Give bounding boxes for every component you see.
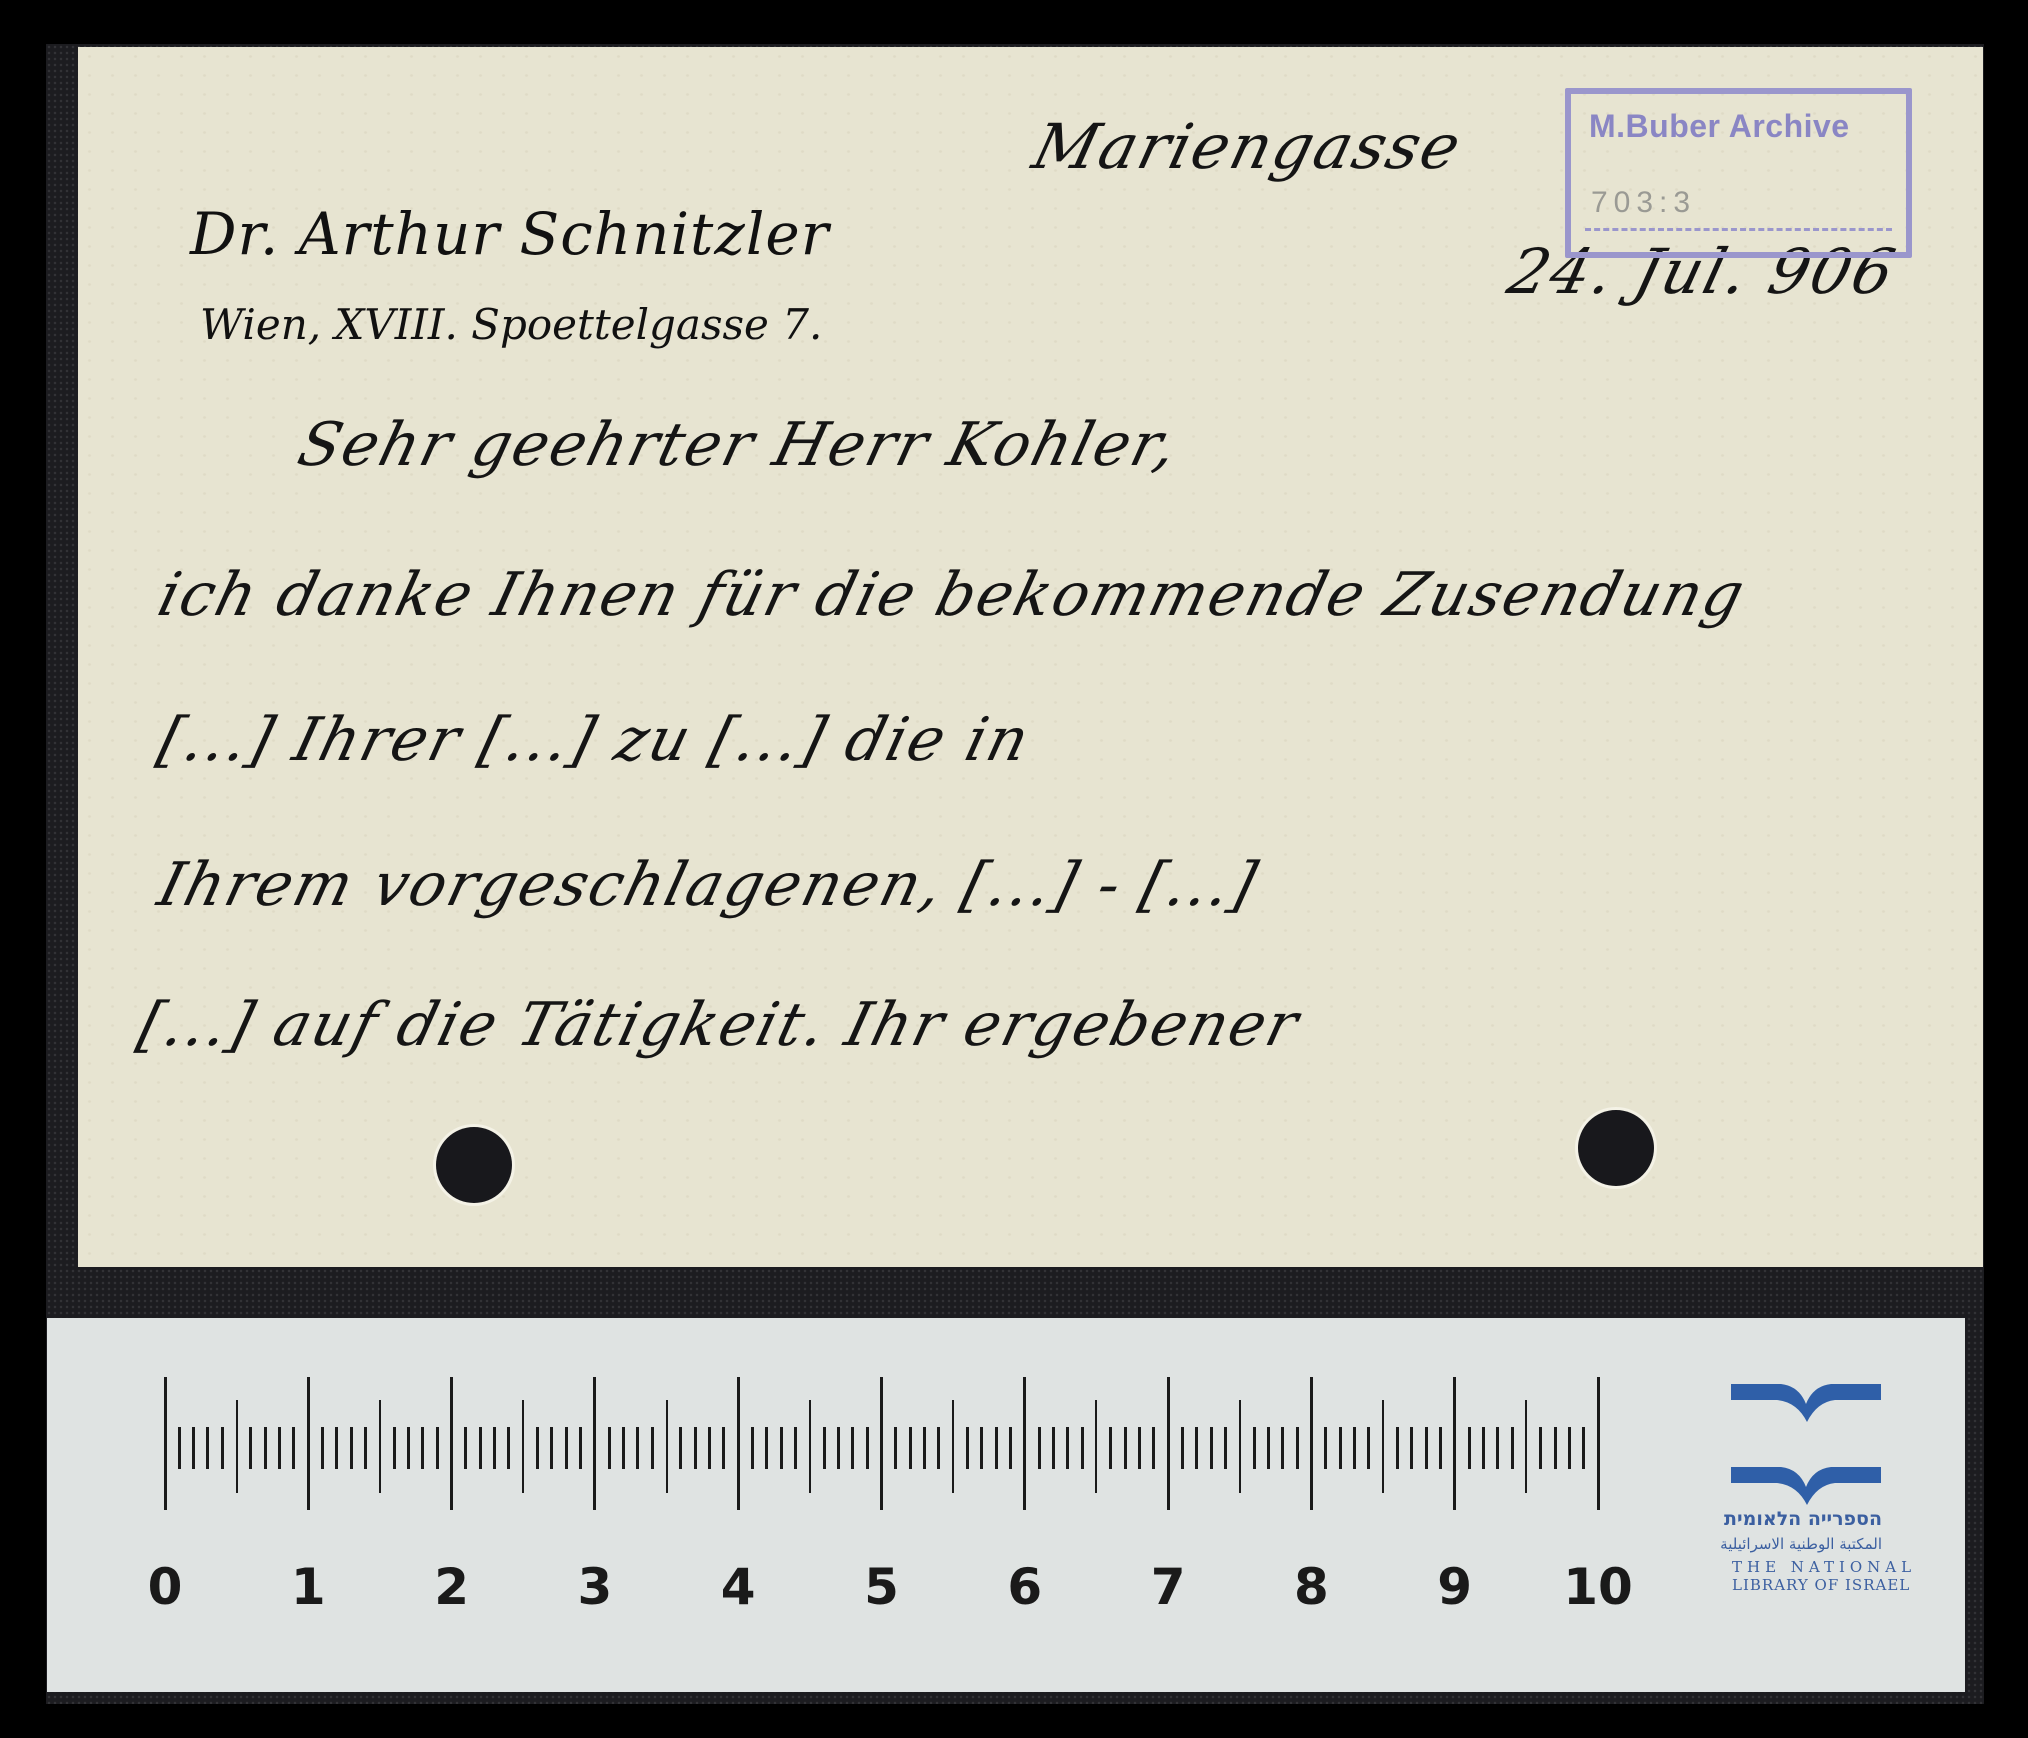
ruler-tick — [1511, 1427, 1514, 1469]
ruler-tick — [694, 1427, 697, 1469]
ruler-label: 3 — [555, 1558, 635, 1616]
logo-hebrew-text: הספרייה הלאומית — [1732, 1508, 1882, 1530]
ruler-label: 9 — [1415, 1558, 1495, 1616]
ruler-tick — [666, 1400, 668, 1493]
ruler-tick — [608, 1427, 611, 1469]
ruler-tick — [966, 1427, 969, 1469]
ruler-tick — [1482, 1427, 1485, 1469]
ruler-tick — [1367, 1427, 1370, 1469]
ruler-tick — [221, 1427, 224, 1469]
handwritten-line: ich danke Ihnen für die bekommende Zusen… — [151, 560, 1752, 630]
ruler-tick — [407, 1427, 410, 1469]
library-logo-upper-mark-icon — [1731, 1382, 1881, 1422]
ruler-tick — [1339, 1427, 1342, 1469]
ruler-tick — [1597, 1377, 1600, 1510]
ruler-tick — [1253, 1427, 1256, 1469]
ruler-tick — [1439, 1427, 1442, 1469]
ruler-label: 0 — [125, 1558, 205, 1616]
ruler-tick — [479, 1427, 482, 1469]
ruler-tick — [379, 1400, 381, 1493]
handwritten-line: [...] Ihrer [...] zu [...] die in — [151, 705, 1037, 775]
ruler-tick — [636, 1427, 639, 1469]
ruler-tick — [1195, 1427, 1198, 1469]
ruler-tick — [794, 1427, 797, 1469]
ruler-tick — [1468, 1427, 1471, 1469]
ruler-tick — [249, 1427, 252, 1469]
ruler-tick — [421, 1427, 424, 1469]
ruler-tick — [837, 1427, 840, 1469]
ruler-tick — [651, 1427, 654, 1469]
handwritten-line: Ihrem vorgeschlagenen, [...] - [...] — [151, 850, 1265, 920]
ruler-tick — [1281, 1427, 1284, 1469]
ruler-tick — [278, 1427, 281, 1469]
ruler-tick — [1224, 1427, 1227, 1469]
ruler-tick — [593, 1377, 596, 1510]
ruler-tick — [823, 1427, 826, 1469]
ruler-label: 2 — [412, 1558, 492, 1616]
ruler-tick — [1124, 1427, 1127, 1469]
ruler-tick — [1382, 1400, 1384, 1493]
ruler-tick — [522, 1400, 524, 1493]
stamp-number: 703:3 — [1591, 186, 1696, 220]
ruler-tick — [1081, 1427, 1084, 1469]
ruler-tick — [866, 1427, 869, 1469]
ruler-tick — [565, 1427, 568, 1469]
ruler-tick — [335, 1427, 338, 1469]
ruler-tick — [923, 1427, 926, 1469]
ruler-tick — [1425, 1427, 1428, 1469]
ruler-tick — [1109, 1427, 1112, 1469]
ruler-tick — [1038, 1427, 1041, 1469]
ruler-tick — [909, 1427, 912, 1469]
ruler-label: 6 — [985, 1558, 1065, 1616]
ruler-tick — [393, 1427, 396, 1469]
ruler-tick — [1539, 1427, 1542, 1469]
ruler-tick — [1525, 1400, 1527, 1493]
letterhead-address: Wien, XVIII. Spoettelgasse 7. — [200, 300, 822, 349]
ruler-tick — [1296, 1427, 1299, 1469]
punch-hole — [436, 1127, 512, 1203]
ruler-tick — [206, 1427, 209, 1469]
ruler-tick — [708, 1427, 711, 1469]
ruler-tick — [292, 1427, 295, 1469]
punch-hole — [1578, 1110, 1654, 1186]
ruler-label: 5 — [842, 1558, 922, 1616]
ruler-tick — [880, 1377, 883, 1510]
ruler-tick — [1052, 1427, 1055, 1469]
ruler-tick — [1138, 1427, 1141, 1469]
ruler-tick — [1009, 1427, 1012, 1469]
ruler-tick — [192, 1427, 195, 1469]
ruler-tick — [952, 1400, 954, 1493]
ruler-tick — [980, 1427, 983, 1469]
ruler-tick — [164, 1377, 167, 1510]
ruler-tick — [350, 1427, 353, 1469]
ruler-tick — [1181, 1427, 1184, 1469]
ruler-tick — [464, 1427, 467, 1469]
ruler-label: 4 — [698, 1558, 778, 1616]
ruler-tick — [765, 1427, 768, 1469]
ruler-tick — [1066, 1427, 1069, 1469]
archive-stamp: M.Buber Archive 703:3 — [1565, 88, 1912, 258]
handwritten-greeting: Sehr geehrter Herr Kohler, — [291, 410, 1186, 480]
ruler-tick — [1453, 1377, 1456, 1510]
stamp-title: M.Buber Archive — [1589, 108, 1850, 145]
ruler-tick — [307, 1377, 310, 1510]
ruler-tick — [1210, 1427, 1213, 1469]
logo-english-line1: THE NATIONAL — [1732, 1558, 1882, 1576]
logo-english-line2: LIBRARY OF ISRAEL — [1732, 1576, 1882, 1594]
ruler-tick — [1095, 1400, 1097, 1493]
ruler-tick — [236, 1400, 238, 1493]
ruler-tick — [1554, 1427, 1557, 1469]
ruler-tick — [780, 1427, 783, 1469]
ruler-tick — [536, 1427, 539, 1469]
ruler-label: 7 — [1128, 1558, 1208, 1616]
ruler-tick — [1410, 1427, 1413, 1469]
ruler-tick — [450, 1377, 453, 1510]
ruler-tick — [1582, 1427, 1585, 1469]
ruler-tick — [1396, 1427, 1399, 1469]
ruler-tick — [1267, 1427, 1270, 1469]
ruler-label: 1 — [268, 1558, 348, 1616]
ruler-tick — [1167, 1377, 1170, 1510]
ruler-tick — [679, 1427, 682, 1469]
ruler-tick — [1496, 1427, 1499, 1469]
ruler-tick — [178, 1427, 181, 1469]
ruler-tick — [1152, 1427, 1155, 1469]
ruler-tick — [579, 1427, 582, 1469]
letterhead-name: Dr. Arthur Schnitzler — [190, 200, 829, 268]
ruler-tick — [1324, 1427, 1327, 1469]
logo-arabic-text: المكتبة الوطنية الاسرائيلية — [1732, 1535, 1882, 1553]
ruler-label: 10 — [1558, 1558, 1638, 1616]
library-logo-lower-mark-icon — [1731, 1465, 1881, 1505]
ruler-tick — [1568, 1427, 1571, 1469]
ruler-tick — [851, 1427, 854, 1469]
ruler-tick — [264, 1427, 267, 1469]
ruler-tick — [737, 1377, 740, 1510]
handwritten-line: [...] auf die Tätigkeit. Ihr ergebener — [131, 990, 1307, 1060]
ruler-tick — [364, 1427, 367, 1469]
ruler-tick — [751, 1427, 754, 1469]
stamp-dashed-line — [1585, 228, 1892, 231]
ruler-tick — [1239, 1400, 1241, 1493]
ruler-tick — [622, 1427, 625, 1469]
scale-ruler — [47, 1318, 1965, 1692]
ruler-tick — [809, 1400, 811, 1493]
ruler-tick — [722, 1427, 725, 1469]
ruler-tick — [937, 1427, 940, 1469]
ruler-tick — [321, 1427, 324, 1469]
handwritten-place: Mariengasse — [1026, 110, 1470, 183]
ruler-tick — [894, 1427, 897, 1469]
ruler-tick — [436, 1427, 439, 1469]
ruler-label: 8 — [1271, 1558, 1351, 1616]
ruler-tick — [995, 1427, 998, 1469]
ruler-tick — [507, 1427, 510, 1469]
ruler-tick — [1023, 1377, 1026, 1510]
ruler-tick — [550, 1427, 553, 1469]
ruler-tick — [1310, 1377, 1313, 1510]
ruler-tick — [1353, 1427, 1356, 1469]
ruler-tick — [493, 1427, 496, 1469]
